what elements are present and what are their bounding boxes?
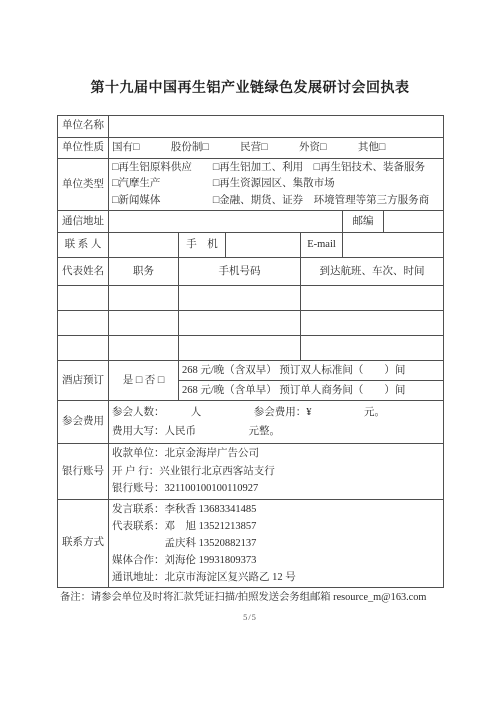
page-title: 第十九届中国再生铝产业链绿色发展研讨会回执表	[0, 77, 500, 97]
bank-payee: 收款单位：北京金海岸广告公司	[112, 445, 440, 463]
fee-row: 参会费用 参会人数： 人 参会费用：¥ 元。 费用大写：人民币 元整。	[58, 401, 444, 444]
delegate-row-1	[58, 286, 444, 311]
fee-label: 参会费用	[58, 401, 109, 444]
bank-content: 收款单位：北京金海岸广告公司 开 户 行：兴业银行北京西客站支行 银行账号：32…	[109, 444, 444, 500]
email-label: E-mail	[301, 233, 343, 258]
delegate-1-name	[58, 286, 109, 311]
zip-value	[384, 211, 444, 233]
contact-person-row: 联 系 人 手 机 E-mail	[58, 233, 444, 258]
unit-nature-label: 单位性质	[58, 138, 109, 159]
fee-line-2: 费用大写：人民币 元整。	[112, 422, 440, 441]
contact-info-content: 发言联系：李秋香 13683341485 代表联系：邓 旭 1352121385…	[109, 500, 444, 588]
page-number: 5/5	[0, 612, 500, 622]
contact-person-value	[109, 233, 179, 258]
document-page: 第十九届中国再生铝产业链绿色发展研讨会回执表 单位名称 单位性质 国有□ 股份制…	[0, 0, 500, 706]
delegate-title-header: 职务	[109, 258, 179, 286]
delegate-3-phone	[179, 336, 301, 361]
hotel-row-1: 酒店预订 是 □ 否 □ 268 元/晚（含双早） 预订双人标准间（ ）间	[58, 361, 444, 381]
hotel-single-room: 268 元/晚（含单早） 预订单人商务间（ ）间	[179, 381, 444, 401]
contact-person-label: 联 系 人	[58, 233, 109, 258]
unit-name-row: 单位名称	[58, 116, 444, 138]
delegate-phone-header: 手机号码	[179, 258, 301, 286]
delegate-row-3	[58, 336, 444, 361]
fee-content: 参会人数： 人 参会费用：¥ 元。 费用大写：人民币 元整。	[109, 401, 444, 444]
delegate-1-phone	[179, 286, 301, 311]
delegate-2-arrival	[301, 311, 444, 336]
unit-type-line-1: □再生铝原料供应 □再生铝加工、利用 □再生铝技术、装备服务	[112, 160, 440, 176]
delegate-name-header: 代表姓名	[58, 258, 109, 286]
footer-note: 备注：请参会单位及时将汇款凭证扫描/拍照发送会务组邮箱 resource_m@1…	[57, 588, 480, 603]
unit-type-row: 单位类型 □再生铝原料供应 □再生铝加工、利用 □再生铝技术、装备服务 □汽摩生…	[58, 159, 444, 211]
delegates-header-row: 代表姓名 职务 手机号码 到达航班、车次、时间	[58, 258, 444, 286]
bank-branch: 开 户 行：兴业银行北京西客站支行	[112, 463, 440, 481]
contact-media: 媒体合作：刘海伦 19931809373	[112, 552, 440, 569]
delegate-2-phone	[179, 311, 301, 336]
delegate-1-title	[109, 286, 179, 311]
delegate-3-name	[58, 336, 109, 361]
mobile-value	[226, 233, 301, 258]
address-row: 通信地址 邮编	[58, 211, 444, 233]
unit-nature-row: 单位性质 国有□ 股份制□ 民营□ 外资□ 其他□	[58, 138, 444, 159]
contact-speech: 发言联系：李秋香 13683341485	[112, 501, 440, 518]
delegate-3-arrival	[301, 336, 444, 361]
delegate-1-arrival	[301, 286, 444, 311]
unit-type-label: 单位类型	[58, 159, 109, 211]
unit-type-options: □再生铝原料供应 □再生铝加工、利用 □再生铝技术、装备服务 □汽摩生产 □再生…	[109, 159, 444, 211]
reply-form-table: 单位名称 单位性质 国有□ 股份制□ 民营□ 外资□ 其他□ 单位类型 □再生铝…	[57, 115, 444, 588]
email-value	[343, 233, 444, 258]
unit-type-line-3: □新闻媒体 □金融、期货、证券 环境管理等第三方服务商	[112, 193, 440, 209]
unit-name-label: 单位名称	[58, 116, 109, 138]
zip-label: 邮编	[343, 211, 384, 233]
fee-line-1: 参会人数： 人 参会费用：¥ 元。	[112, 403, 440, 422]
hotel-label: 酒店预订	[58, 361, 109, 401]
address-value	[109, 211, 343, 233]
contact-delegate-1: 代表联系：邓 旭 13521213857	[112, 518, 440, 535]
delegate-2-name	[58, 311, 109, 336]
delegate-arrival-header: 到达航班、车次、时间	[301, 258, 444, 286]
hotel-yes-no: 是 □ 否 □	[109, 361, 179, 401]
unit-nature-options: 国有□ 股份制□ 民营□ 外资□ 其他□	[109, 138, 444, 159]
contact-mail-address: 通讯地址：北京市海淀区复兴路乙 12 号	[112, 569, 440, 586]
contact-info-row: 联系方式 发言联系：李秋香 13683341485 代表联系：邓 旭 13521…	[58, 500, 444, 588]
bank-label: 银行账号	[58, 444, 109, 500]
delegate-3-title	[109, 336, 179, 361]
hotel-double-room: 268 元/晚（含双早） 预订双人标准间（ ）间	[179, 361, 444, 381]
unit-name-value	[109, 116, 444, 138]
bank-account-number: 银行账号：321100100100110927	[112, 480, 440, 498]
contact-info-label: 联系方式	[58, 500, 109, 588]
delegate-row-2	[58, 311, 444, 336]
address-label: 通信地址	[58, 211, 109, 233]
contact-delegate-2: 孟庆科 13520882137	[112, 535, 440, 552]
unit-type-line-2: □汽摩生产 □再生资源园区、集散市场	[112, 176, 440, 192]
bank-row: 银行账号 收款单位：北京金海岸广告公司 开 户 行：兴业银行北京西客站支行 银行…	[58, 444, 444, 500]
delegate-2-title	[109, 311, 179, 336]
mobile-label: 手 机	[179, 233, 226, 258]
